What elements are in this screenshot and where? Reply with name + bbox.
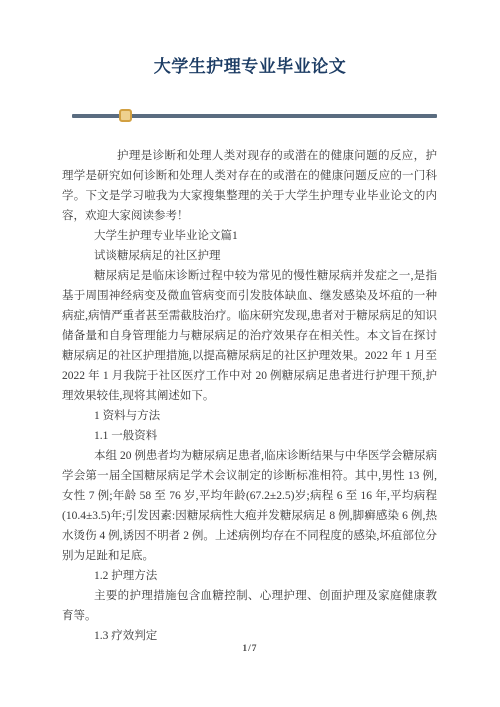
section-1-3-heading: 1.3 疗效判定 (62, 626, 437, 646)
section-1-2-heading: 1.2 护理方法 (62, 566, 437, 586)
divider-gold-ornament-icon (119, 109, 132, 122)
abstract-paragraph: 糖尿病足是临床诊断过程中较为常见的慢性糖尿病并发症之一,是指基于周围神经病变及微… (62, 266, 437, 406)
article-title: 试谈糖尿病足的社区护理 (62, 246, 437, 266)
document-body: 护理是诊断和处理人类对现存的或潜在的健康问题的反应，护理学是研究如何诊断和处理人… (62, 146, 437, 646)
document-page: 大学生护理专业毕业论文 护理是诊断和处理人类对现存的或潜在的健康问题的反应，护理… (0, 0, 500, 707)
page-number: 1/7 (0, 644, 500, 654)
general-data-paragraph: 本组 20 例患者均为糖尿病足患者,临床诊断结果与中华医学会糖尿病学会第一届全国… (62, 446, 437, 566)
section-1-heading: 1 资料与方法 (62, 406, 437, 426)
nursing-method-paragraph: 主要的护理措施包含血糖控制、心理护理、创面护理及家庭健康教育等。 (62, 586, 437, 626)
page-title: 大学生护理专业毕业论文 (0, 54, 500, 80)
series-heading: 大学生护理专业毕业论文篇1 (62, 226, 437, 246)
intro-paragraph: 护理是诊断和处理人类对现存的或潜在的健康问题的反应，护理学是研究如何诊断和处理人… (62, 146, 437, 226)
section-1-1-heading: 1.1 一般资料 (62, 426, 437, 446)
